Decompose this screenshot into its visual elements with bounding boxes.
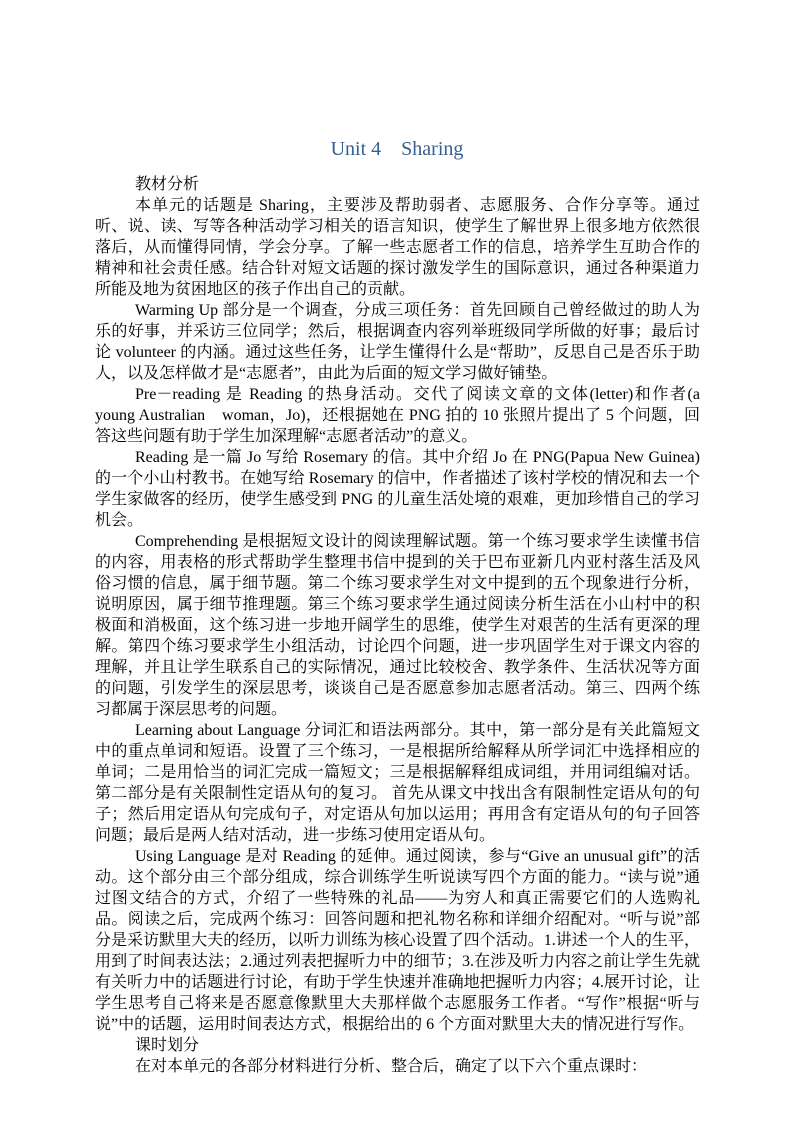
paragraph-comprehending: Comprehending 是根据短文设计的阅读理解试题。第一个练习要求学生读懂… xyxy=(95,531,700,720)
paragraph-warming-up: Warming Up 部分是一个调查，分成三项任务：首先回顾自己曾经做过的助人为… xyxy=(95,300,700,384)
paragraph-lesson-division-heading: 课时划分 xyxy=(95,1035,700,1056)
paragraph-learning-about-language: Learning about Language 分词汇和语法两部分。其中，第一部… xyxy=(95,720,700,846)
document-body: 教材分析 本单元的话题是 Sharing，主要涉及帮助弱者、志愿服务、合作分享等… xyxy=(0,174,794,1077)
paragraph-lesson-division-intro: 在对本单元的各部分材料进行分析、整合后，确定了以下六个重点课时： xyxy=(95,1056,700,1077)
paragraph-reading: Reading 是一篇 Jo 写给 Rosemary 的信。其中介绍 Jo 在 … xyxy=(95,447,700,531)
paragraph-pre-reading: Pre－reading 是 Reading 的热身活动。交代了阅读文章的文体(l… xyxy=(95,384,700,447)
document-title: Unit 4 Sharing xyxy=(0,0,794,162)
paragraph-using-language: Using Language 是对 Reading 的延伸。通过阅读，参与“Gi… xyxy=(95,846,700,1035)
paragraph-material-analysis-heading: 教材分析 xyxy=(95,174,700,195)
paragraph-unit-overview: 本单元的话题是 Sharing，主要涉及帮助弱者、志愿服务、合作分享等。通过听、… xyxy=(95,195,700,300)
document-page: Unit 4 Sharing 教材分析 本单元的话题是 Sharing，主要涉及… xyxy=(0,0,794,1123)
